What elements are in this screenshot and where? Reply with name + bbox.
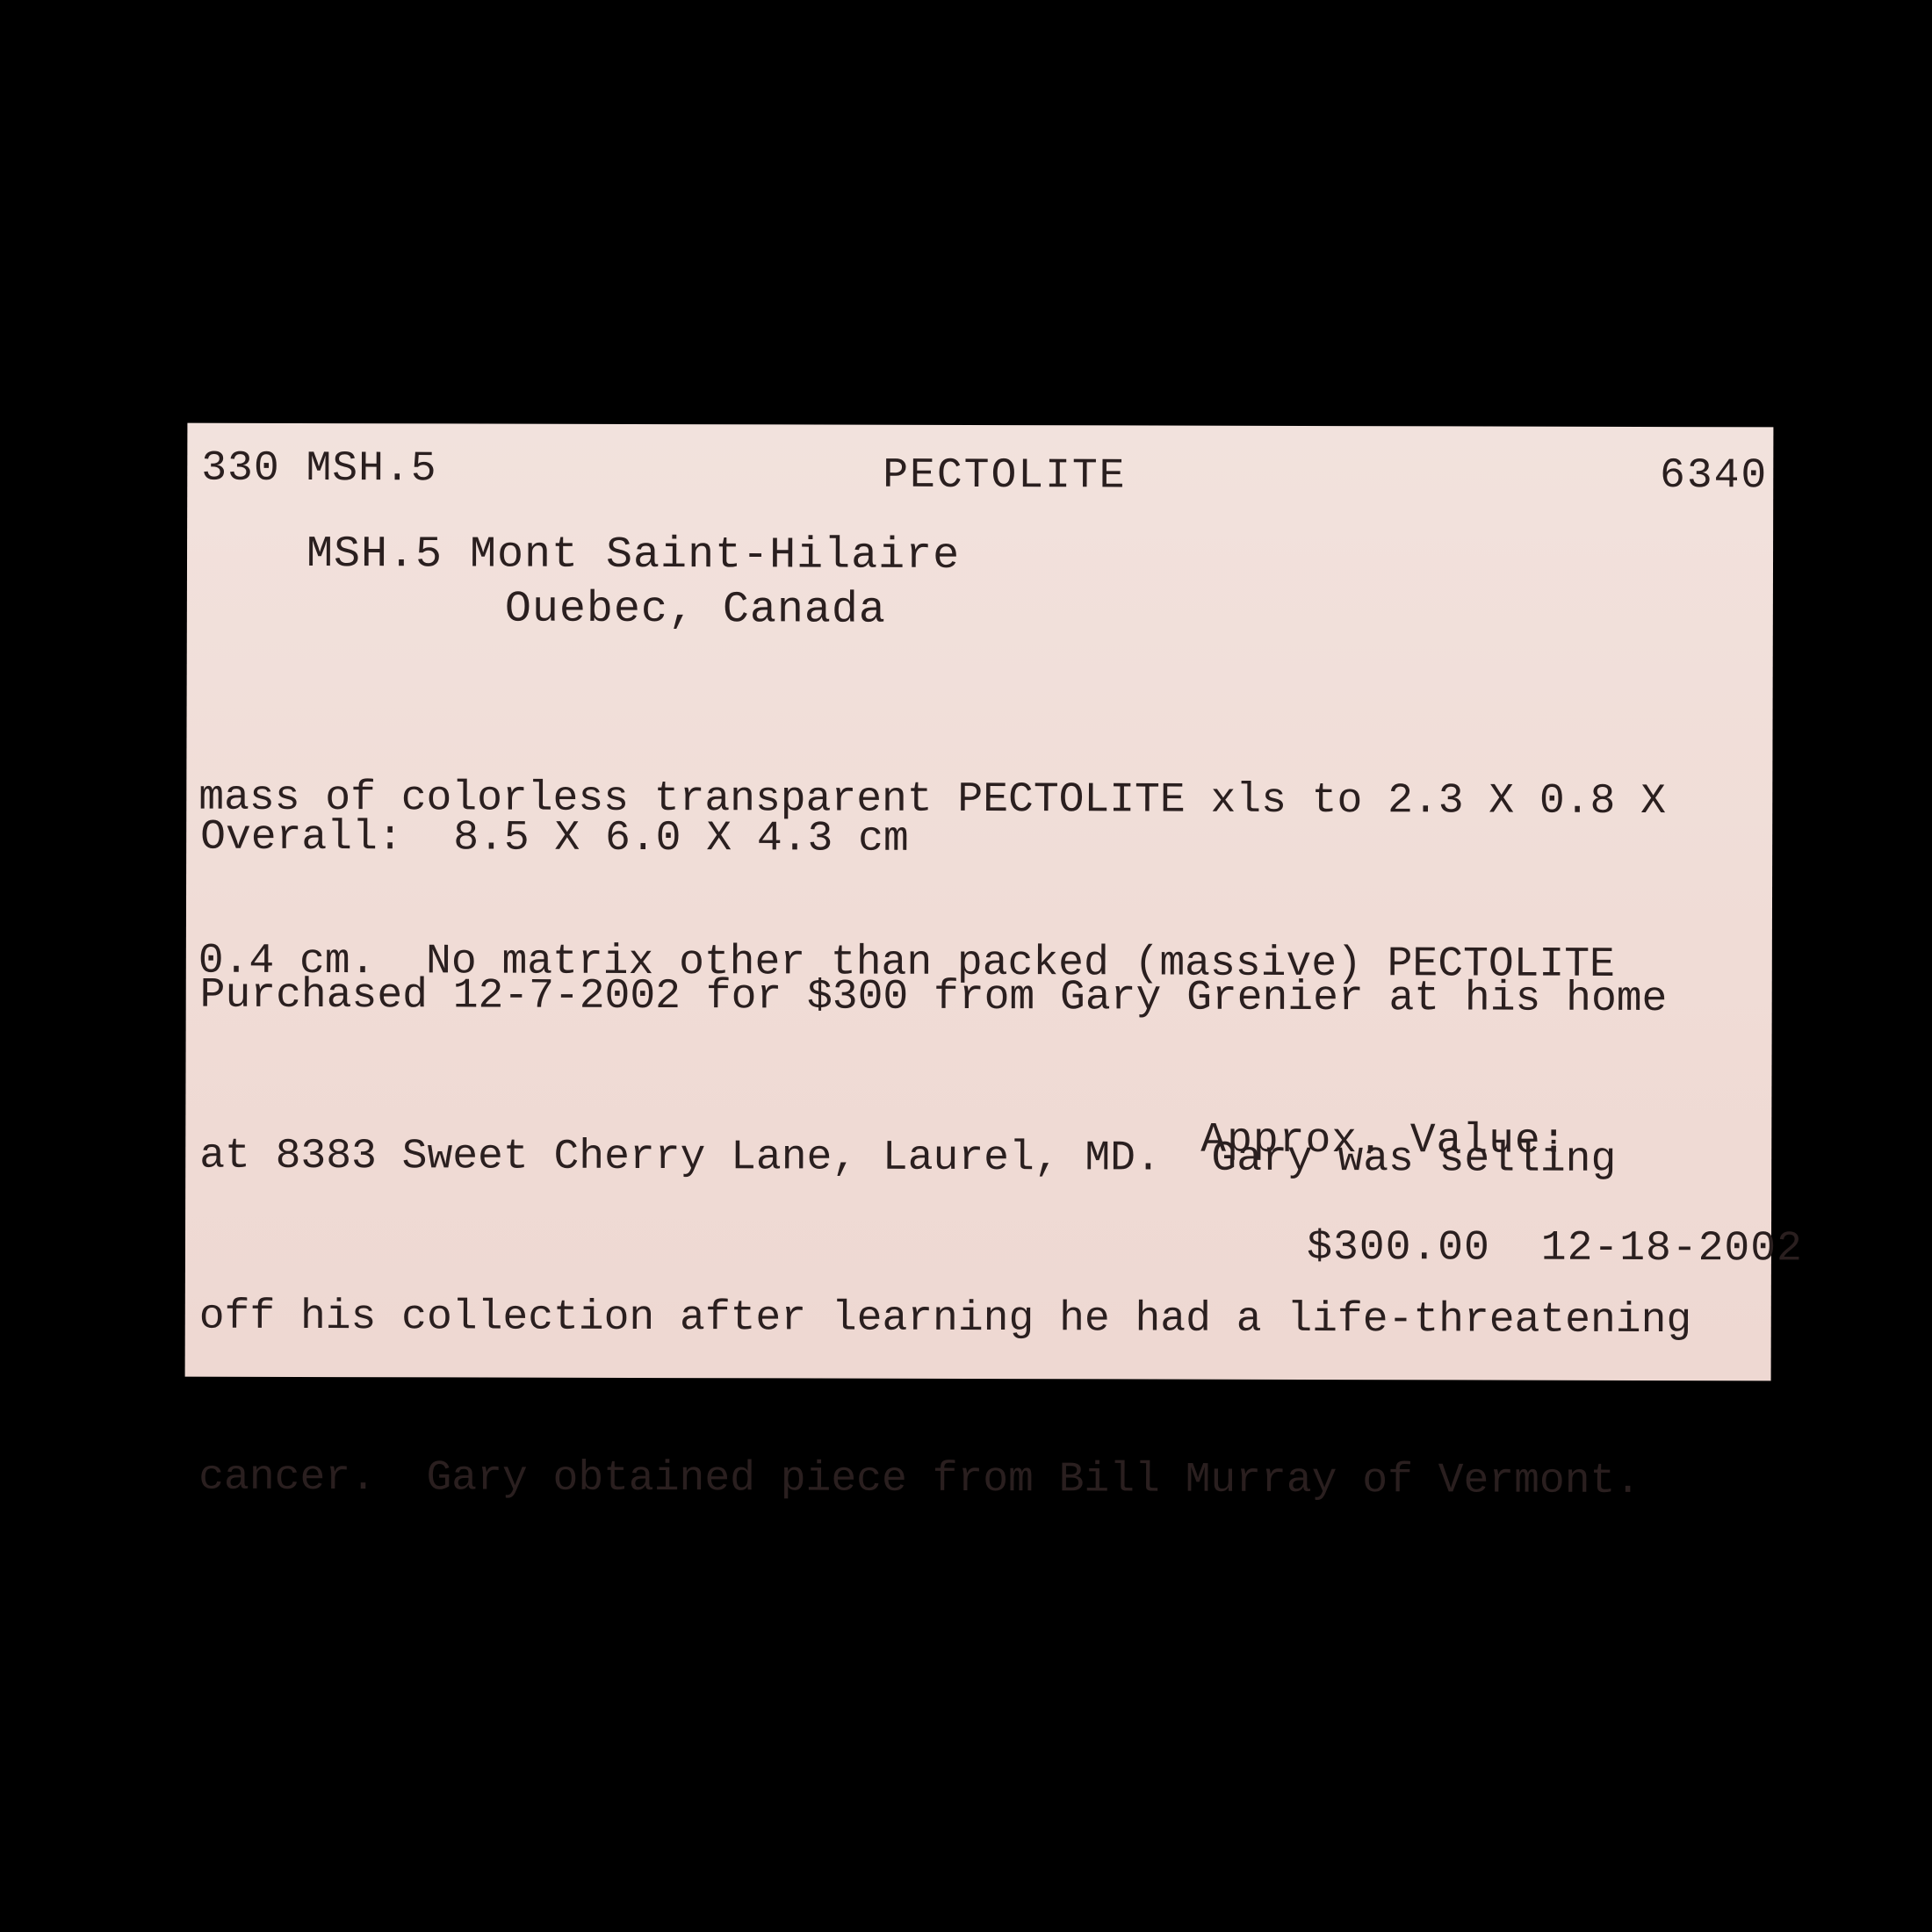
mineral-name: PECTOLITE xyxy=(883,450,1126,503)
notes-line: Purchased 12-7-2002 for $300 from Gary G… xyxy=(200,970,1693,1027)
locality-line-2: Ouebec, Canada xyxy=(505,584,886,638)
overall-dimensions: Overall: 8.5 X 6.0 X 4.3 cm xyxy=(200,811,909,866)
locality-line-1: MSH.5 Mont Saint-Hilaire xyxy=(306,529,960,583)
specimen-label-card: 330 MSH.5 PECTOLITE 6340 MSH.5 Mont Sain… xyxy=(185,423,1774,1381)
value-amount: $300.00 xyxy=(1307,1222,1490,1275)
value-date: 12-18-2002 xyxy=(1541,1225,1803,1273)
notes-line: cancer. Gary obtained piece from Bill Mu… xyxy=(198,1452,1691,1509)
specimen-number: 6340 xyxy=(1660,450,1768,502)
approx-value-label: Approx. Value: xyxy=(1200,1114,1567,1168)
approx-value: $300.0012-18-2002 xyxy=(1202,1169,1803,1329)
catalog-code: 330 MSH.5 xyxy=(201,443,436,496)
